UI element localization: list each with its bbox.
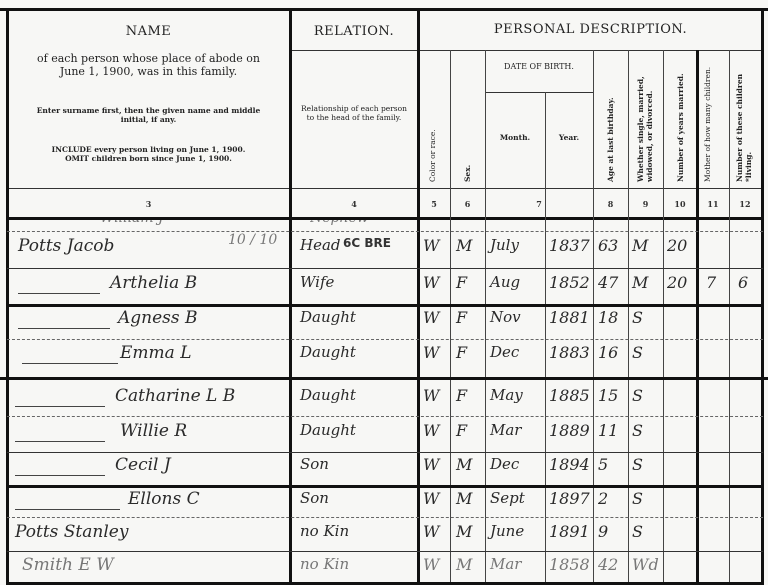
cell-month: Mar bbox=[490, 421, 521, 439]
cell-color: W bbox=[423, 555, 439, 574]
cell-relation: Daught bbox=[300, 421, 356, 439]
color-or-race-header: Color or race. bbox=[428, 120, 437, 182]
cell-relation: no Kin bbox=[300, 555, 349, 573]
cell-color: W bbox=[423, 273, 439, 292]
cell-color: W bbox=[423, 236, 439, 255]
column-number-8: 8 bbox=[593, 199, 628, 209]
family-count-mark: 10 / 10 bbox=[228, 232, 277, 248]
cell-age: 11 bbox=[598, 421, 618, 440]
person-name: Arthelia B bbox=[110, 273, 197, 293]
column-number-3: 3 bbox=[7, 199, 290, 209]
column-number-11: 11 bbox=[697, 199, 729, 209]
column-number-9: 9 bbox=[628, 199, 663, 209]
column-number-5: 5 bbox=[418, 199, 450, 209]
date-of-birth-header: DATE OF BIRTH. bbox=[485, 62, 593, 71]
personal-description-title: PERSONAL DESCRIPTION. bbox=[418, 22, 763, 37]
cell-marital: S bbox=[632, 386, 643, 405]
cell-year: 1852 bbox=[549, 273, 590, 292]
column-number-12: 12 bbox=[729, 199, 761, 209]
cell-relation: Daught bbox=[300, 308, 356, 326]
name-column-omit-note: OMIT children born since June 1, 1900. bbox=[30, 154, 267, 163]
person-name: Potts Jacob bbox=[18, 236, 114, 256]
cell-month: Aug bbox=[490, 273, 520, 291]
same-surname-dash bbox=[18, 293, 100, 294]
cell-sex: F bbox=[456, 386, 467, 405]
column-number-6: 6 bbox=[450, 199, 485, 209]
age-header: Age at last birthday. bbox=[606, 80, 615, 182]
cell-year: 1894 bbox=[549, 455, 590, 474]
cell-year: 1837 bbox=[549, 236, 590, 255]
cell-relation: Daught bbox=[300, 343, 356, 361]
cell-age: 18 bbox=[598, 308, 618, 327]
person-name: Catharine L B bbox=[115, 386, 235, 406]
cell-age: 63 bbox=[598, 236, 618, 255]
cell-month: June bbox=[490, 522, 524, 540]
cell-sex: F bbox=[456, 421, 467, 440]
cell-age: 47 bbox=[598, 273, 618, 292]
relation-column-description: Relationship of each person to the head … bbox=[300, 104, 408, 122]
cell-year: 1883 bbox=[549, 343, 590, 362]
name-column-subtitle: of each person whose place of abode on J… bbox=[30, 52, 267, 78]
cell-relation: Head bbox=[300, 236, 341, 254]
cell-living: 6 bbox=[738, 273, 748, 292]
cell-sex: M bbox=[456, 236, 472, 255]
cell-color: W bbox=[423, 455, 439, 474]
marital-status-header: Whether single, married, widowed, or div… bbox=[636, 56, 656, 182]
cell-sex: M bbox=[456, 555, 472, 574]
name-column-instruction: Enter surname first, then the given name… bbox=[30, 106, 267, 124]
cell-month: Mar bbox=[490, 555, 521, 573]
cell-relation: Daught bbox=[300, 386, 356, 404]
person-name: Willie R bbox=[120, 421, 187, 441]
cell-marital: S bbox=[632, 308, 643, 327]
same-surname-dash bbox=[15, 475, 105, 476]
person-name: Agness B bbox=[118, 308, 198, 328]
person-name: Smith E W bbox=[22, 555, 114, 575]
cell-month: Dec bbox=[490, 455, 519, 473]
year-header: Year. bbox=[545, 133, 593, 142]
same-surname-dash bbox=[15, 441, 105, 442]
cell-sex: F bbox=[456, 343, 467, 362]
cell-age: 42 bbox=[598, 555, 618, 574]
stamp-mark: 6C BRE bbox=[343, 236, 391, 250]
cell-year: 1889 bbox=[549, 421, 590, 440]
cell-month: Sept bbox=[490, 489, 525, 507]
month-header: Month. bbox=[485, 133, 545, 142]
cell-marital: S bbox=[632, 343, 643, 362]
cell-color: W bbox=[423, 522, 439, 541]
cell-month: May bbox=[490, 386, 523, 404]
cell-relation: Wife bbox=[300, 273, 334, 291]
same-surname-dash bbox=[15, 509, 120, 510]
cell-year: 1881 bbox=[549, 308, 590, 327]
same-surname-dash bbox=[22, 363, 118, 364]
cell-years-married: 20 bbox=[667, 273, 687, 292]
cell-color: W bbox=[423, 489, 439, 508]
person-name: Cecil J bbox=[115, 455, 171, 475]
cell-month: July bbox=[490, 236, 519, 254]
cell-sex: M bbox=[456, 455, 472, 474]
cell-year: 1885 bbox=[549, 386, 590, 405]
same-surname-dash bbox=[15, 406, 105, 407]
cell-relation: Son bbox=[300, 489, 329, 507]
cell-marital: M bbox=[632, 236, 648, 255]
cell-mother-of: 7 bbox=[706, 273, 716, 292]
person-name: Potts Stanley bbox=[15, 522, 128, 542]
cell-sex: F bbox=[456, 273, 467, 292]
cell-marital: S bbox=[632, 421, 643, 440]
cell-color: W bbox=[423, 386, 439, 405]
cell-sex: M bbox=[456, 489, 472, 508]
cell-year: 1891 bbox=[549, 522, 590, 541]
column-number-10: 10 bbox=[663, 199, 697, 209]
cell-color: W bbox=[423, 421, 439, 440]
column-number-7: 7 bbox=[485, 199, 593, 209]
years-married-header: Number of years married. bbox=[676, 56, 685, 182]
cell-marital: S bbox=[632, 489, 643, 508]
cell-age: 2 bbox=[598, 489, 608, 508]
same-surname-dash bbox=[18, 328, 110, 329]
name-column-title: NAME bbox=[7, 24, 290, 39]
cell-sex: F bbox=[456, 308, 467, 327]
cell-sex: M bbox=[456, 522, 472, 541]
cell-age: 5 bbox=[598, 455, 608, 474]
children-living-header: Number of these children *living. bbox=[735, 56, 755, 182]
cell-marital: S bbox=[632, 455, 643, 474]
cell-years-married: 20 bbox=[667, 236, 687, 255]
cell-marital: M bbox=[632, 273, 648, 292]
cell-month: Nov bbox=[490, 308, 521, 326]
cell-relation: Son bbox=[300, 455, 329, 473]
cell-month: Dec bbox=[490, 343, 519, 361]
name-column-include-note: INCLUDE every person living on June 1, 1… bbox=[30, 145, 267, 154]
cell-year: 1858 bbox=[549, 555, 590, 574]
cell-year: 1897 bbox=[549, 489, 590, 508]
cell-marital: S bbox=[632, 522, 643, 541]
cell-marital: Wd bbox=[632, 555, 659, 574]
cell-age: 16 bbox=[598, 343, 618, 362]
cell-age: 15 bbox=[598, 386, 618, 405]
cell-relation: no Kin bbox=[300, 522, 349, 540]
person-name: Emma L bbox=[120, 343, 191, 363]
cell-age: 9 bbox=[598, 522, 608, 541]
sex-header: Sex. bbox=[463, 160, 472, 182]
mother-of-children-header: Mother of how many children. bbox=[703, 56, 723, 182]
cell-color: W bbox=[423, 343, 439, 362]
relation-column-title: RELATION. bbox=[290, 24, 418, 39]
cell-color: W bbox=[423, 308, 439, 327]
column-number-4: 4 bbox=[290, 199, 418, 209]
person-name: Ellons C bbox=[128, 489, 200, 509]
